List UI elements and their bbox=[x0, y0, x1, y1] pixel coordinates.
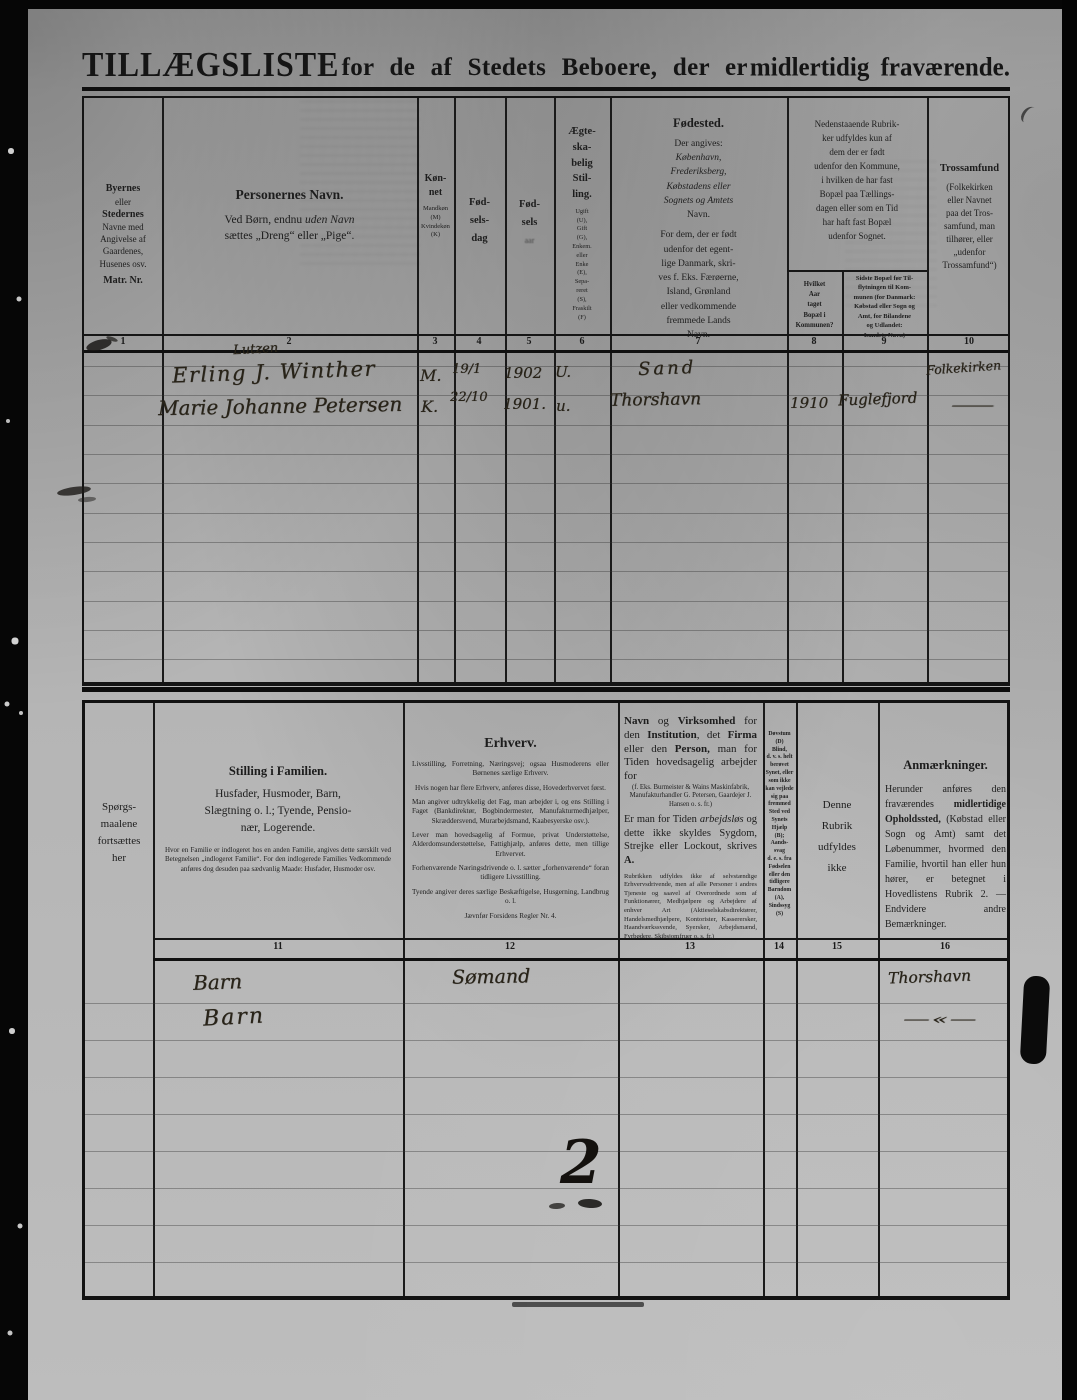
col4-header: Fød- sels- dag bbox=[454, 194, 505, 248]
col-number: 11 bbox=[261, 941, 295, 952]
entry-year-settled: 1910 bbox=[790, 394, 828, 412]
col3-header: Køn- net Mandkøn (M) Kvindekøn (K) bbox=[417, 172, 454, 240]
header-bottom-line bbox=[153, 938, 1007, 940]
col-number: 5 bbox=[512, 336, 546, 347]
col8-9-group-header: Nedenstaaende Rubrik- ker udfyldes kun a… bbox=[787, 118, 927, 268]
col11-header: Stilling i Familien. Husfader, Husmoder,… bbox=[153, 763, 403, 874]
entry-sex: M. bbox=[420, 366, 441, 385]
stray-ink-numeral: 2 bbox=[560, 1128, 602, 1198]
col-number: 16 bbox=[928, 941, 962, 952]
col2-header: Personernes Navn. Ved Børn, endnu uden N… bbox=[162, 186, 417, 244]
census-form-scan: TILLÆGSLISTE for de af Stedets Beboere, … bbox=[0, 0, 1077, 1400]
ruled-line bbox=[84, 513, 1008, 514]
table-separator-bar bbox=[82, 687, 1010, 692]
col-number: 4 bbox=[462, 336, 496, 347]
scan-edge-right bbox=[1062, 0, 1077, 1400]
col-number: 9 bbox=[867, 336, 901, 347]
entry-name: Marie Johanne Petersen bbox=[158, 392, 403, 420]
ruled-line bbox=[84, 601, 1008, 602]
entry-birthyear: 1902 bbox=[504, 364, 542, 382]
col-number: 3 bbox=[418, 336, 452, 347]
page-title: TILLÆGSLISTE for de af Stedets Beboere, … bbox=[82, 46, 1010, 83]
ruled-line bbox=[85, 1262, 1007, 1263]
col13-mid: Er man for Tiden arbejdsløs og dette ikk… bbox=[624, 813, 757, 868]
ruled-line bbox=[84, 425, 1008, 426]
col-number: 15 bbox=[820, 941, 854, 952]
ruled-line bbox=[85, 1003, 1007, 1004]
col15-header: Denne Rubrik udfyldes ikke bbox=[796, 795, 878, 879]
col9-header: Sidste Bopæl før Til- flytningen til Kom… bbox=[842, 274, 927, 340]
entry-marital: U. bbox=[555, 363, 571, 381]
col-number: 6 bbox=[565, 336, 599, 347]
side-label: Spørgs- maalene fortsættes her bbox=[85, 799, 153, 867]
lower-table: Spørgs- maalene fortsættes her Stilling … bbox=[82, 700, 1010, 1300]
scan-edge-top bbox=[0, 0, 1077, 9]
ruled-line bbox=[85, 1151, 1007, 1152]
entry-family-position: Barn bbox=[193, 969, 243, 995]
entry-sex: K. bbox=[421, 397, 438, 416]
ruled-line bbox=[85, 1040, 1007, 1041]
scan-edge-left bbox=[0, 0, 28, 1400]
title-middle: for de af Stedets Beboere, der er bbox=[342, 54, 748, 82]
col1-header: Byernes eller Stedernes Navne med Angive… bbox=[84, 182, 162, 287]
entry-remark-ditto: —«— bbox=[903, 1012, 978, 1028]
entry-birthplace: Thorshavn bbox=[610, 389, 701, 411]
ruled-line bbox=[84, 542, 1008, 543]
col2-subtext: Ved Børn, endnu uden Navn sættes „Dreng“… bbox=[162, 213, 417, 244]
ruled-line bbox=[84, 454, 1008, 455]
col13-header: Navn og Virksomhed for den Institution, … bbox=[618, 715, 763, 941]
entry-birthday: 22/10 bbox=[450, 390, 487, 405]
col-number: 10 bbox=[952, 336, 986, 347]
entry-birthyear: 1901. bbox=[503, 395, 546, 413]
col10-header: Trossamfund (Folkekirken eller Navnet pa… bbox=[927, 162, 1012, 273]
col8-header: Hvilket Aar taget Bopæl i Kommunen? bbox=[787, 280, 842, 331]
entry-occupation: Sømand bbox=[452, 965, 531, 988]
ruled-line bbox=[85, 1077, 1007, 1078]
group-header-divider bbox=[787, 270, 927, 272]
entry-birthplace: Sand bbox=[638, 357, 697, 380]
ruled-line bbox=[85, 1188, 1007, 1189]
col12-header: Erhverv. Livsstilling, Forretning, Nærin… bbox=[403, 735, 618, 921]
col6-header: Ægte- ska- belig Stil- ling. Ugift (U), … bbox=[554, 124, 610, 322]
col14-header: Døvstum (D) Blind, d. v. s. helt berøvet… bbox=[763, 731, 796, 919]
ruled-line bbox=[85, 1225, 1007, 1226]
entry-marital: u. bbox=[556, 397, 570, 415]
entry-faith-ditto: — bbox=[950, 398, 995, 414]
column-divider bbox=[505, 98, 507, 682]
title-rule bbox=[82, 87, 1010, 91]
ruled-line bbox=[84, 571, 1008, 572]
col-number: 14 bbox=[762, 941, 796, 952]
printer-imprint-smudge bbox=[512, 1302, 644, 1307]
col5-header: Fød- sels aar bbox=[505, 196, 554, 246]
entry-birthday: 19/1 bbox=[452, 362, 481, 377]
entry-last-residence: Fuglefjord bbox=[838, 389, 918, 410]
col13-lead: Navn og Virksomhed for den Institution, … bbox=[624, 715, 757, 784]
column-divider bbox=[796, 703, 798, 1296]
number-strip-line bbox=[153, 958, 1007, 961]
title-main: TILLÆGSLISTE bbox=[82, 45, 339, 85]
entry-annotation: Lutzen bbox=[233, 341, 279, 358]
entry-remark: Thorshavn bbox=[888, 967, 972, 988]
col-number: 13 bbox=[673, 941, 707, 952]
number-strip-line bbox=[84, 350, 1008, 353]
title-emphasis: midlertidig fraværende. bbox=[750, 53, 1010, 82]
ruled-line bbox=[84, 630, 1008, 631]
col16-header: Anmærkninger. Herunder anføres den fravæ… bbox=[878, 757, 1013, 932]
col7-header: Fødested. Der angives: København, Freder… bbox=[610, 114, 787, 342]
ruled-line bbox=[85, 1114, 1007, 1115]
edge-speckles bbox=[0, 0, 2, 2]
scan-blob bbox=[1020, 975, 1051, 1064]
entry-family-position: Barn bbox=[202, 1003, 265, 1031]
col-number: 12 bbox=[493, 941, 527, 952]
col-number: 8 bbox=[797, 336, 831, 347]
ruled-line bbox=[84, 659, 1008, 660]
col16-body: Herunder anføres den fraværendes midlert… bbox=[885, 782, 1006, 932]
ruled-line bbox=[84, 483, 1008, 484]
col-number: 7 bbox=[681, 336, 715, 347]
